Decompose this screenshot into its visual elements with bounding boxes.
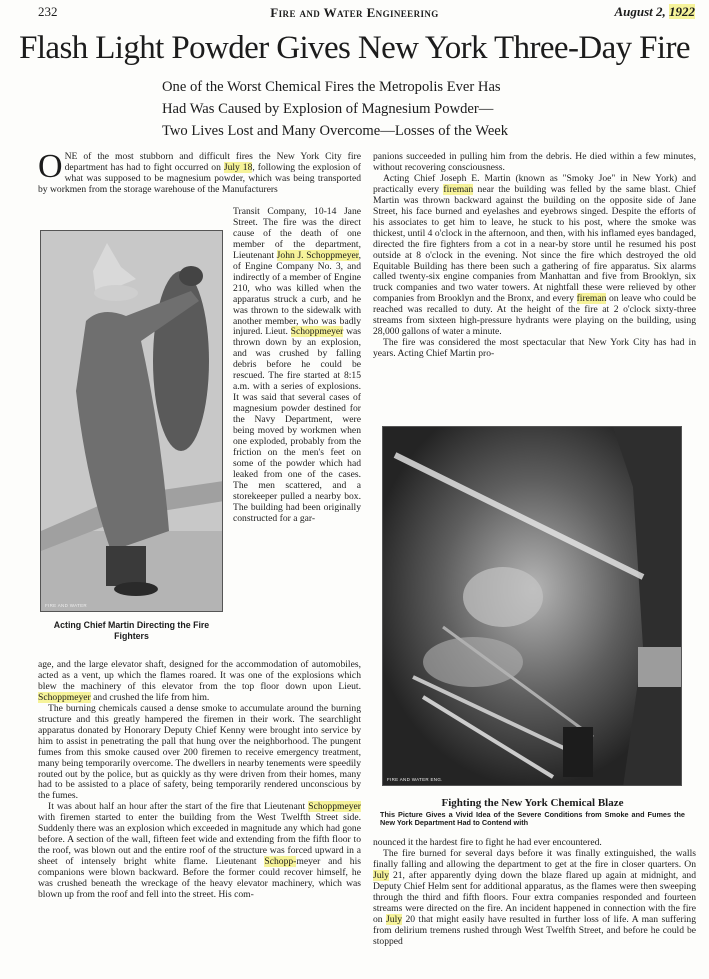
highlight-name: Schoppmeyer <box>291 326 344 337</box>
highlight-date: July <box>386 914 402 925</box>
text-run: It was about half an hour after the star… <box>48 801 308 812</box>
caption-right-subtitle: This Picture Gives a Vivid Idea of the S… <box>380 811 685 828</box>
photo-chemical-blaze: FIRE AND WATER ENG. <box>382 426 682 786</box>
highlight-word: fireman <box>577 293 607 304</box>
left-column-bottom: age, and the large elevator shaft, desig… <box>38 660 361 901</box>
highlight-date: July 18 <box>224 162 253 173</box>
text-run: and crushed the life from him. <box>91 692 210 703</box>
caption-right-title: Fighting the New York Chemical Blaze <box>380 797 685 809</box>
drop-cap: O <box>38 153 63 181</box>
photo-credit: FIRE AND WATER ENG. <box>387 777 443 782</box>
paragraph: The burning chemicals caused a dense smo… <box>38 704 361 803</box>
photo-credit: FIRE AND WATER <box>45 603 87 608</box>
highlight-date: July <box>373 870 389 881</box>
paragraph: The fire was considered the most spectac… <box>373 338 696 360</box>
right-column-bottom: nounced it the hardest fire to fight he … <box>373 838 696 948</box>
paragraph: It was about half an hour after the star… <box>38 802 361 901</box>
narrow-paragraph: Transit Company, 10-14 Jane Street. The … <box>233 207 361 525</box>
issue-date-year: 1922 <box>669 4 695 19</box>
narrow-column-text: Transit Company, 10-14 Jane Street. The … <box>233 207 361 525</box>
deck-line: Two Lives Lost and Many Overcome—Losses … <box>162 120 582 142</box>
issue-date-day: August 2, <box>614 4 669 19</box>
caption-left-photo: Acting Chief Martin Directing the Fire F… <box>40 620 223 642</box>
paragraph: panions succeeded in pulling him from th… <box>373 152 696 174</box>
highlight-name: John J. Schoppmeyer <box>277 250 359 261</box>
highlight-name: Schoppmeyer <box>38 692 91 703</box>
deck-line: Had Was Caused by Explosion of Magnesium… <box>162 98 582 120</box>
fire-streams-photo-illustration <box>383 427 682 786</box>
text-run: age, and the large elevator shaft, desig… <box>38 659 361 692</box>
journal-name: Fire and Water Engineering <box>0 5 709 21</box>
photo-acting-chief-martin: FIRE AND WATER <box>40 230 223 612</box>
article-deck: One of the Worst Chemical Fires the Metr… <box>162 76 582 142</box>
highlight-word: fireman <box>443 184 473 195</box>
text-run: 20 that might easily have resulted in fu… <box>373 914 696 947</box>
text-run: near the building was felled by the same… <box>373 184 696 305</box>
highlight-name: Schoppmeyer <box>308 801 361 812</box>
article-title: Flash Light Powder Gives New York Three-… <box>0 28 709 68</box>
issue-date: August 2, 1922 <box>614 4 695 20</box>
lead-paragraph: ONE of the most stubborn and difficult f… <box>38 152 361 196</box>
highlight-name: Schopp- <box>264 856 296 867</box>
paragraph: age, and the large elevator shaft, desig… <box>38 660 361 704</box>
running-head: 232 Fire and Water Engineering August 2,… <box>0 2 709 24</box>
lead-text: ONE of the most stubborn and difficult f… <box>38 152 361 196</box>
paragraph: The fire burned for several days before … <box>373 849 696 948</box>
deck-line: One of the Worst Chemical Fires the Metr… <box>162 76 582 98</box>
paragraph: Acting Chief Joseph E. Martin (known as … <box>373 174 696 338</box>
narrow-text-c: was thrown down by an explosion, and was… <box>233 326 361 523</box>
firefighter-photo-illustration <box>41 231 223 612</box>
text-run: The fire burned for several days before … <box>373 848 696 870</box>
right-column-top: panions succeeded in pulling him from th… <box>373 152 696 360</box>
narrow-text-b: , of Engine Company No. 3, and indirectl… <box>233 250 361 338</box>
